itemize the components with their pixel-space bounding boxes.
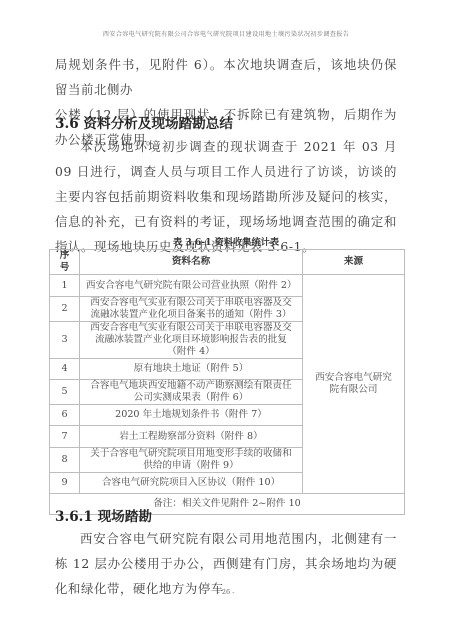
row-no: 2 [50,297,80,322]
row-no: 5 [50,380,80,405]
row-no: 6 [50,405,80,426]
row-name: 西安合容电气实业有限公司关于串联电容器及交流融冰装置产业化项目环境影响报告表的批… [80,322,303,359]
table-header-row: 序号 资料名称 来源 [50,250,405,275]
section-3-6-heading: 3.6 资料分析及现场踏勘总结 [55,112,233,132]
row-no: 7 [50,426,80,448]
row-name: 合容电气地块西安地籍不动产勘察测绘有限责任公司实测成果表（附件 6） [80,380,303,405]
table-row: 1 西安合容电气研究院有限公司营业执照（附件 2） 西安合容电气研究院有限公司 [50,275,405,297]
row-name: 西安合容电气实业有限公司关于串联电容器及交流融冰装置产业化项目备案书的通知（附件… [80,297,303,322]
row-name: 合容电气研究院项目入区协议（附件 10） [80,473,303,494]
row-name: 关于合容电气研究院项目用地变形手续的收储和供给的申请（附件 9） [80,448,303,473]
document-page: 西安合容电气研究院有限公司合容电气研究院项目建设用地土壤污染状况初步调查报告 局… [0,0,452,639]
row-no: 9 [50,473,80,494]
row-name: 2020 年土地规划条件书（附件 7） [80,405,303,426]
row-no: 3 [50,322,80,359]
header-no: 序号 [50,250,80,275]
row-no: 8 [50,448,80,473]
running-header: 西安合容电气研究院有限公司合容电气研究院项目建设用地土壤污染状况初步调查报告 [0,29,452,38]
row-source: 西安合容电气研究院有限公司 [303,275,405,494]
row-no: 4 [50,359,80,380]
header-source: 来源 [303,250,405,275]
row-name: 西安合容电气研究院有限公司营业执照（附件 2） [80,275,303,297]
header-name: 资料名称 [80,250,303,275]
data-collection-table: 序号 资料名称 来源 1 西安合容电气研究院有限公司营业执照（附件 2） 西安合… [49,249,405,515]
row-no: 1 [50,275,80,297]
row-name: 原有地块土地证（附件 5） [80,359,303,380]
intro-line-1: 局规划条件书，见附件 6）。本次地块调查后，该地块仍保留当前北侧办 [55,57,397,97]
row-name: 岩土工程勘察部分资料（附件 8） [80,426,303,448]
page-number: - 26 - [0,588,452,596]
section-3-6-1-heading: 3.6.1 现场踏勘 [55,505,152,525]
table-caption: 表 3.6-1 资料收集统计表 [0,234,452,248]
